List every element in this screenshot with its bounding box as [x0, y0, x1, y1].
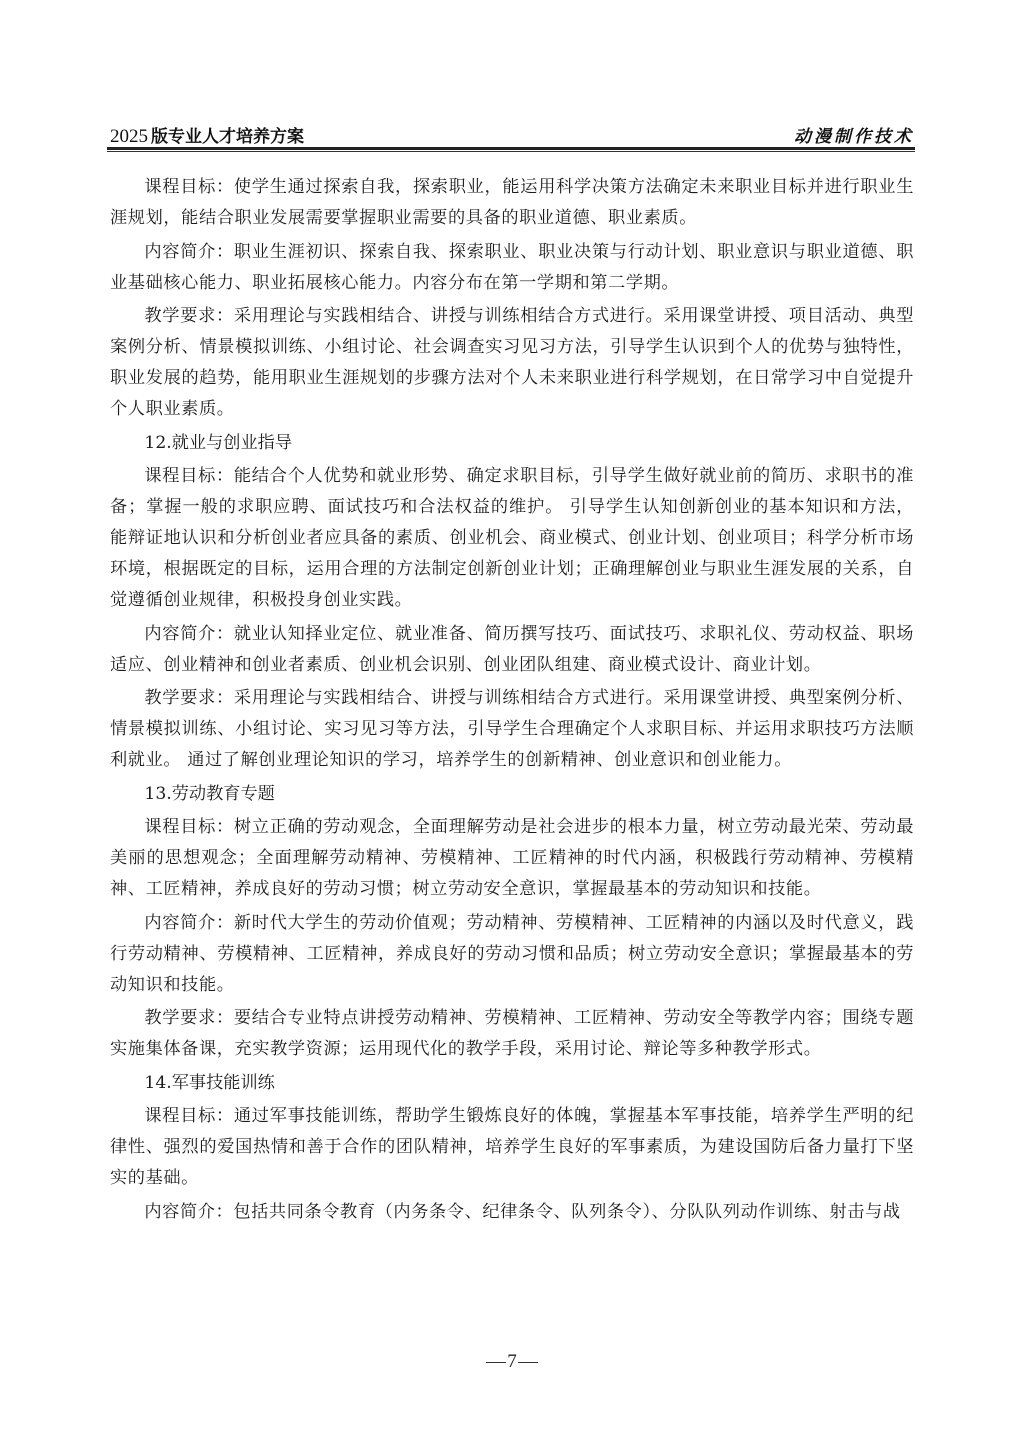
paragraph-career-goal: 课程目标：使学生通过探索自我，探索职业，能运用科学决策方法确定未来职业目标并进行…: [110, 172, 914, 234]
document-page: 2025版专业人才培养方案 动漫制作技术 课程目标：使学生通过探索自我，探索职业…: [0, 0, 1024, 1448]
footer-dash-right: [518, 1362, 538, 1363]
paragraph-labor-goal: 课程目标：树立正确的劳动观念，全面理解劳动是社会进步的根本力量，树立劳动最光荣、…: [110, 812, 914, 905]
footer-dash-left: [486, 1362, 506, 1363]
paragraph-military-content: 内容简介：包括共同条令教育（内务条令、纪律条令、队列条令）、分队队列动作训练、射…: [110, 1197, 914, 1228]
paragraph-labor-requirements: 教学要求：要结合专业特点讲授劳动精神、劳模精神、工匠精神、劳动安全等教学内容；围…: [110, 1003, 914, 1065]
paragraph-military-goal: 课程目标：通过军事技能训练，帮助学生锻炼良好的体魄，掌握基本军事技能，培养学生严…: [110, 1101, 914, 1194]
page-number: 7: [507, 1351, 517, 1372]
page-body: 课程目标：使学生通过探索自我，探索职业，能运用科学决策方法确定未来职业目标并进行…: [110, 172, 914, 1230]
paragraph-labor-content: 内容简介：新时代大学生的劳动价值观；劳动精神、劳模精神、工匠精神的内涵以及时代意…: [110, 908, 914, 1001]
section-heading-13: 13.劳动教育专题: [110, 779, 914, 810]
page-footer: 7: [0, 1351, 1024, 1373]
paragraph-career-content: 内容简介：职业生涯初识、探索自我、探索职业、职业决策与行动计划、职业意识与职业道…: [110, 237, 914, 299]
header-document-title: 2025版专业人才培养方案: [110, 122, 304, 148]
page-header: 2025版专业人才培养方案 动漫制作技术: [110, 122, 914, 144]
section-heading-14: 14.军事技能训练: [110, 1068, 914, 1099]
header-major-name: 动漫制作技术: [794, 122, 914, 147]
header-year: 2025: [110, 126, 148, 147]
paragraph-employment-goal: 课程目标：能结合个人优势和就业形势、确定求职目标，引导学生做好就业前的简历、求职…: [110, 461, 914, 616]
paragraph-career-requirements: 教学要求：采用理论与实践相结合、讲授与训练相结合方式进行。采用课堂讲授、项目活动…: [110, 301, 914, 425]
header-rule-thin: [107, 151, 915, 152]
paragraph-employment-content: 内容简介：就业认知择业定位、就业准备、简历撰写技巧、面试技巧、求职礼仪、劳动权益…: [110, 619, 914, 681]
section-heading-12: 12.就业与创业指导: [110, 428, 914, 459]
header-title-text: 版专业人才培养方案: [151, 127, 304, 147]
paragraph-employment-requirements: 教学要求：采用理论与实践相结合、讲授与训练相结合方式进行。采用课堂讲授、典型案例…: [110, 683, 914, 776]
